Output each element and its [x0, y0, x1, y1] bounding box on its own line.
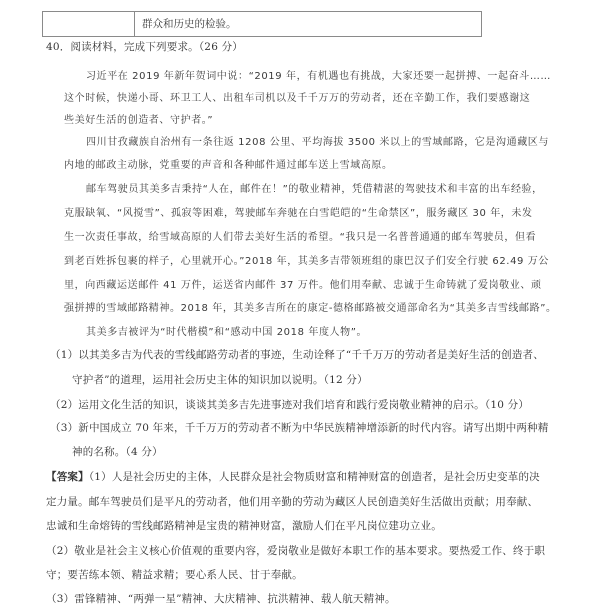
material-line: 习近平在 2019 年新年贺词中说：“2019 年，有机遇也有挑战，大家还要一起… [86, 67, 551, 82]
sub-question-1-line: 守护者”的道理，运用社会历史主体的知识加以说明。（12 分） [72, 372, 368, 387]
material-line: 邮车驾驶员其美多吉秉持“人在，邮件在！”的敬业精神，凭借精湛的驾驶技术和丰富的出… [86, 180, 543, 195]
sub-question-1-line: （1）以其美多吉为代表的雪线邮路劳动者的事迹，生动诠释了“千千万万的劳动者是美好… [50, 347, 544, 362]
material-line: 生一次责任事故，给雪域高原的人们带去美好生活的希望。“我只是一名普普通通的邮车驾… [64, 228, 536, 243]
material-line: 里，向西藏运送邮件 41 万件，运送省内邮件 37 万件。他们用奉献、忠诚于生命… [64, 276, 542, 291]
question-title: 40．阅读材料，完成下列要求。（26 分） [46, 39, 243, 54]
answer-line: 忠诚和生命熔铸的雪线邮路精神是宝贵的精神财富，激励人们在平凡岗位建功立业。 [46, 518, 442, 533]
answer-line: （3）雷锋精神、“两弹一星”精神、大庆精神、抗洪精神、载人航天精神。 [46, 591, 396, 606]
answer-table-row: 群众和历史的检验。 [42, 11, 482, 37]
answer-text: （1）人是社会历史的主体，人民群众是社会物质财富和精神财富的创造者，是社会历史变… [89, 471, 540, 483]
material-line: 强拼搏的雪域邮路精神。2018 年，其美多吉所在的康定-德格邮路被交通部命名为“… [64, 299, 557, 314]
material-line: 些美好生活的创造者、守护者。” [64, 111, 213, 126]
answer-line: 定力量。邮车驾驶员们是平凡的劳动者，他们用辛勤的劳动为藏区人民创造美好生活做出贡… [46, 494, 538, 509]
table-cell-left [43, 12, 135, 36]
material-line: 这个时候，快递小哥、环卫工人、出租车司机以及千千万万的劳动者，还在辛勤工作，我们… [64, 89, 530, 104]
exam-page: 群众和历史的检验。 40．阅读材料，完成下列要求。（26 分） 习近平在 201… [0, 0, 600, 616]
material-line: 内地的邮政主动脉，党重要的声音和各种邮件通过邮车送上雪域高原。 [64, 156, 393, 171]
sub-question-2-line: （2）运用文化生活的知识，谈谈其美多吉先进事迹对我们培育和践行爱岗敬业精神的启示… [50, 397, 529, 412]
sub-question-3-line: 神的名称。（4 分） [72, 444, 163, 459]
answer-tag: 【答案】 [46, 471, 89, 483]
material-line: 克服缺氧、“风搅雪”、孤寂等困难，驾驶邮车奔驰在白雪皑皑的“生命禁区”，服务藏区… [64, 204, 533, 219]
table-cell-right: 群众和历史的检验。 [135, 12, 481, 36]
answer-line: 【答案】（1）人是社会历史的主体，人民群众是社会物质财富和精神财富的创造者，是社… [46, 469, 540, 484]
material-line: 四川甘孜藏族自治州有一条往返 1208 公里、平均海拔 3500 米以上的雪域邮… [86, 133, 549, 148]
sub-question-3-line: （3）新中国成立 70 年来，千千万万的劳动者不断为中华民族精神增添新的时代内容… [50, 420, 549, 435]
answer-line: （2）敬业是社会主义核心价值观的重要内容，爱岗敬业是做好本职工作的基本要求。要热… [46, 543, 545, 558]
material-line: 其美多吉被评为“时代楷模”和“感动中国 2018 年度人物”。 [86, 323, 367, 338]
answer-line: 守；要苦练本领、精益求精；要心系人民、甘于奉献。 [46, 567, 303, 582]
material-line: 到老百姓拆包裹的样子，心里就开心。”2018 年，其美多吉带领班组的康巴汉子们安… [64, 252, 549, 267]
